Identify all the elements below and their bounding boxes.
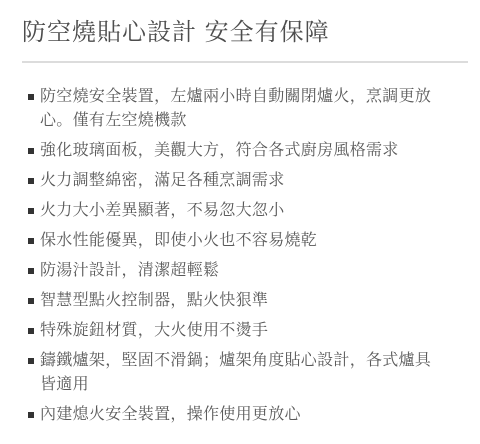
bullet-square-icon: [28, 358, 34, 364]
list-item-text: 特殊旋鈕材質，大火使用不燙手: [40, 322, 268, 339]
list-item-text: 內建熄火安全裝置，操作使用更放心: [40, 406, 301, 423]
list-item: 內建熄火安全裝置，操作使用更放心: [40, 403, 442, 427]
list-item: 防湯汁設計，清潔超輕鬆: [40, 259, 442, 283]
divider-line: [22, 61, 468, 63]
list-item-text: 鑄鐵爐架，堅固不滑鍋；爐架角度貼心設計，各式爐具皆適用: [40, 352, 431, 393]
page-title: 防空燒貼心設計 安全有保障: [22, 0, 468, 50]
list-item: 保水性能優異，即使小火也不容易燒乾: [40, 229, 442, 253]
bullet-square-icon: [28, 268, 34, 274]
list-item-text: 火力調整綿密，滿足各種烹調需求: [40, 172, 285, 189]
list-item-text: 防湯汁設計，清潔超輕鬆: [40, 262, 219, 279]
bullet-square-icon: [28, 178, 34, 184]
list-item: 強化玻璃面板，美觀大方，符合各式廚房風格需求: [40, 139, 442, 163]
list-item: 火力大小差異顯著，不易忽大忽小: [40, 199, 442, 223]
list-item: 鑄鐵爐架，堅固不滑鍋；爐架角度貼心設計，各式爐具皆適用: [40, 349, 442, 397]
list-item: 火力調整綿密，滿足各種烹調需求: [40, 169, 442, 193]
bullet-square-icon: [28, 94, 34, 100]
bullet-square-icon: [28, 238, 34, 244]
bullet-square-icon: [28, 208, 34, 214]
list-item-text: 智慧型點火控制器，點火快狠準: [40, 292, 268, 309]
list-item: 防空燒安全裝置，左爐兩小時自動關閉爐火，烹調更放心。僅有左空燒機款: [40, 85, 442, 133]
list-item: 智慧型點火控制器，點火快狠準: [40, 289, 442, 313]
bullet-square-icon: [28, 298, 34, 304]
bullet-square-icon: [28, 328, 34, 334]
list-item: 特殊旋鈕材質，大火使用不燙手: [40, 319, 442, 343]
feature-list: 防空燒安全裝置，左爐兩小時自動關閉爐火，烹調更放心。僅有左空燒機款 強化玻璃面板…: [22, 85, 442, 427]
bullet-square-icon: [28, 412, 34, 418]
list-item-text: 保水性能優異，即使小火也不容易燒乾: [40, 232, 317, 249]
product-feature-section: 防空燒貼心設計 安全有保障 防空燒安全裝置，左爐兩小時自動關閉爐火，烹調更放心。…: [0, 0, 480, 444]
list-item-text: 火力大小差異顯著，不易忽大忽小: [40, 202, 285, 219]
list-item-text: 防空燒安全裝置，左爐兩小時自動關閉爐火，烹調更放心。僅有左空燒機款: [40, 88, 431, 129]
list-item-text: 強化玻璃面板，美觀大方，符合各式廚房風格需求: [40, 142, 399, 159]
bullet-square-icon: [28, 148, 34, 154]
